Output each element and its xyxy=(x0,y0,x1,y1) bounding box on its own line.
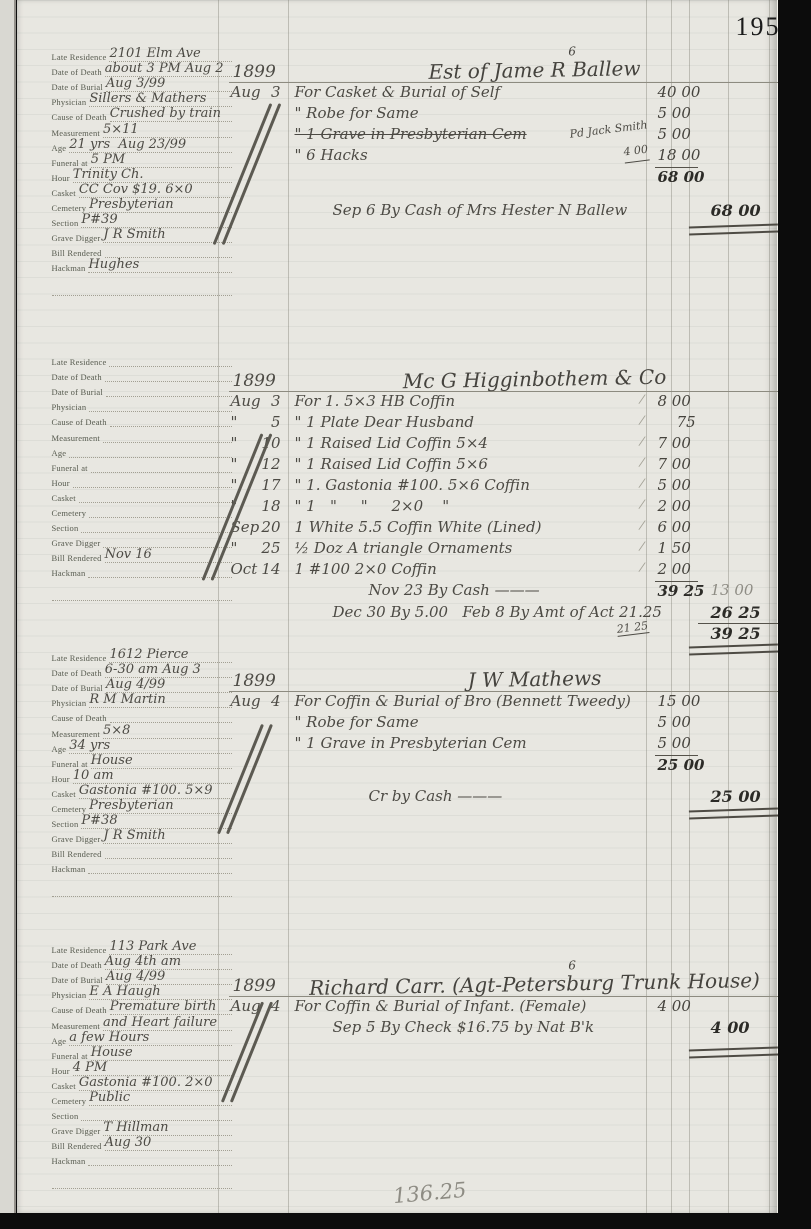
entry-date-day: 12 xyxy=(261,455,280,473)
entry-description-text: " Robe for Same xyxy=(295,713,419,731)
detail-value xyxy=(103,442,232,443)
detail-row: CasketGastonia #100. 5×9 xyxy=(52,784,232,799)
record-details: Late ResidenceDate of DeathDate of Buria… xyxy=(52,352,232,601)
detail-value-empty xyxy=(52,600,232,601)
detail-value: Premature birth xyxy=(110,1000,232,1015)
detail-row: Hackman xyxy=(52,1151,232,1166)
detail-value xyxy=(88,873,231,874)
detail-value: 5×8 xyxy=(103,724,232,739)
entry-description: Dec 30 By 5.00 Feb 8 By Amt of Act 21.25 xyxy=(289,603,655,621)
entry-description-text: " 1 Raised Lid Coffin 5×4 xyxy=(295,434,488,452)
detail-row: Cause of DeathCrushed by train xyxy=(52,107,232,122)
detail-value: and Heart failure xyxy=(103,1016,232,1031)
detail-row: CemeteryPresbyterian xyxy=(52,799,232,814)
entry-credit-amount: 68 00 xyxy=(698,201,778,220)
detail-row: Cause of Death xyxy=(52,708,232,723)
detail-row: CasketCC Cov $19. 6×0 xyxy=(52,183,232,198)
detail-row: Late Residence1612 Pierce xyxy=(52,648,232,663)
paid-slash-mark xyxy=(241,98,257,250)
detail-label: Hour xyxy=(52,1066,73,1076)
superscript-note: 6 xyxy=(568,44,576,58)
detail-value: Crushed by train xyxy=(110,107,232,122)
detail-row: Funeral at5 PM xyxy=(52,153,232,168)
paid-slash-mark xyxy=(241,998,257,1106)
detail-value xyxy=(106,396,232,397)
entry-credit-amount: 13 00 xyxy=(698,581,778,599)
entry-description: Nov 23 By Cash ——— xyxy=(289,581,655,599)
detail-row-empty xyxy=(52,1173,232,1188)
detail-value: Aug 30 xyxy=(105,1136,232,1151)
entry-description-text: Sep 6 By Cash of Mrs Hester N Ballew xyxy=(333,201,628,219)
entry-description: Cr by Cash ——— xyxy=(289,787,655,805)
detail-value xyxy=(91,472,232,473)
entry-description-text: 1 #100 2×0 Coffin xyxy=(295,560,437,578)
entry-row: 21 2539 25 xyxy=(229,623,778,645)
detail-label: Late Residence xyxy=(52,357,110,367)
entry-credit-amount: 26 25 xyxy=(698,603,778,622)
detail-row: Casket xyxy=(52,488,232,503)
entry-description-text: " 1 Raised Lid Coffin 5×6 xyxy=(295,455,488,473)
entry-row: " 6 Hacks4 0018 00 xyxy=(229,146,778,167)
detail-label: Physician xyxy=(52,97,90,107)
detail-row: PhysicianSillers & Mathers xyxy=(52,92,232,107)
entry-row: Sep201 White 5.5 Coffin White (Lined)6 0… xyxy=(229,518,778,539)
entry-date-month: Aug xyxy=(231,392,261,410)
detail-label: Late Residence xyxy=(52,52,110,62)
entry-description-text: For Coffin & Burial of Bro (Bennett Twee… xyxy=(295,692,631,710)
entry-description-text: For Coffin & Burial of Infant. (Female) xyxy=(295,997,587,1015)
record-details: Late Residence113 Park AveDate of DeathA… xyxy=(52,940,232,1189)
entry-description: " Robe for Same xyxy=(289,713,655,731)
detail-row: Date of BurialAug 4/99 xyxy=(52,970,232,985)
detail-value: Presbyterian xyxy=(89,198,231,213)
detail-row: Section xyxy=(52,518,232,533)
detail-value: 5×11 xyxy=(103,123,232,138)
detail-value: Trinity Ch. xyxy=(73,168,232,183)
detail-value: Aug 4/99 xyxy=(106,970,232,985)
detail-label: Casket xyxy=(52,1081,79,1091)
entry-debit-amount: 75/ xyxy=(655,413,698,431)
detail-value xyxy=(73,487,232,488)
entry-row: "25½ Doz A triangle Ornaments1 50/ xyxy=(229,539,778,560)
entry-debit-amount: 5 00 xyxy=(655,104,698,122)
footer-pencil-total: 136.25 xyxy=(392,1178,467,1208)
detail-label: Grave Digger xyxy=(52,1126,104,1136)
detail-row: Grave DiggerT Hillman xyxy=(52,1121,232,1136)
entry-row xyxy=(229,779,778,787)
detail-label: Funeral at xyxy=(52,463,91,473)
detail-row: Measurement xyxy=(52,427,232,442)
entry-date-month: Aug xyxy=(231,692,261,710)
detail-row: Agea few Hours xyxy=(52,1031,232,1046)
entry-row: Sep 6 By Cash of Mrs Hester N Ballew68 0… xyxy=(229,201,778,225)
detail-value xyxy=(89,411,231,412)
ledger-page: 195 136.25 Late Residence2101 Elm AveDat… xyxy=(17,0,779,1213)
account-name: Mc G Higginbothem & Co xyxy=(290,363,777,395)
detail-value: T Hillman xyxy=(103,1121,231,1136)
entry-description-text: " Robe for Same xyxy=(295,104,419,122)
detail-label: Casket xyxy=(52,188,79,198)
detail-row: Funeral atHouse xyxy=(52,1046,232,1061)
entry-description-text: Nov 23 By Cash ——— xyxy=(369,581,540,599)
entry-description: 1 #100 2×0 Coffin xyxy=(289,560,655,578)
entry-description-text: " 1 Plate Dear Husband xyxy=(295,413,475,431)
entry-debit-amount: 7 00/ xyxy=(655,434,698,452)
entry-date-day: 18 xyxy=(261,497,280,515)
detail-value: Gastonia #100. 5×9 xyxy=(79,784,232,799)
entry-row: " Robe for Same5 00 xyxy=(229,713,778,734)
entry-row: Aug4For Coffin & Burial of Infant. (Fema… xyxy=(229,997,778,1018)
account-year: 1899 xyxy=(229,671,291,691)
detail-value xyxy=(79,502,232,503)
detail-row: Hackman xyxy=(52,859,232,874)
entry-date-day: 20 xyxy=(261,518,280,536)
detail-label: Section xyxy=(52,218,82,228)
entry-date-day: 4 xyxy=(271,692,281,710)
detail-label: Physician xyxy=(52,990,90,1000)
detail-row: SectionP#39 xyxy=(52,213,232,228)
entry-row: " 1 Grave in Presbyterian Cem5 00 xyxy=(229,734,778,755)
paid-slash-mark xyxy=(239,720,255,838)
detail-row: Age xyxy=(52,443,232,458)
detail-row: Cause of DeathPremature birth xyxy=(52,1000,232,1015)
entry-description-text: " 1 Grave in Presbyterian Cem xyxy=(295,734,527,752)
entry-debit-amount: 5 00 xyxy=(655,734,698,752)
detail-row: PhysicianE A Haugh xyxy=(52,985,232,1000)
detail-label: Date of Death xyxy=(52,960,105,970)
detail-row: Cause of Death xyxy=(52,412,232,427)
entry-description-text: Dec 30 By 5.00 Feb 8 By Amt of Act 21.25 xyxy=(333,603,662,621)
record-details: Late Residence2101 Elm AveDate of Deatha… xyxy=(52,47,232,296)
entry-row: Dec 30 By 5.00 Feb 8 By Amt of Act 21.25… xyxy=(229,603,778,623)
detail-label: Age xyxy=(52,744,70,754)
detail-label: Physician xyxy=(52,402,90,412)
superscript-note: 6 xyxy=(568,958,576,972)
detail-row: HackmanHughes xyxy=(52,258,232,273)
account-year: 1899 xyxy=(229,371,291,391)
entry-row: 68 00 xyxy=(229,167,778,191)
book-edge-bottom xyxy=(0,1213,811,1229)
detail-value: Aug 4/99 xyxy=(106,678,232,693)
detail-value: House xyxy=(91,754,232,769)
detail-value: Aug 4th am xyxy=(105,955,232,970)
entry-description: For Casket & Burial of Self xyxy=(289,83,655,101)
detail-label: Hour xyxy=(52,774,73,784)
detail-row: Age34 yrs xyxy=(52,739,232,754)
detail-value: 1612 Pierce xyxy=(109,648,231,663)
entry-row: "5" 1 Plate Dear Husband 75/ xyxy=(229,413,778,434)
detail-label: Measurement xyxy=(52,433,103,443)
previous-page-sliver xyxy=(0,0,16,1213)
detail-value: about 3 PM Aug 2 xyxy=(105,62,232,77)
book-edge-right xyxy=(778,0,811,1229)
account-name: Richard Carr. (Agt-Petersburg Trunk Hous… xyxy=(290,968,777,1000)
entry-description-text: 1 White 5.5 Coffin White (Lined) xyxy=(295,518,542,536)
detail-row: Bill Rendered xyxy=(52,844,232,859)
detail-row: Grave DiggerJ R Smith xyxy=(52,228,232,243)
detail-row: PhysicianR M Martin xyxy=(52,693,232,708)
entry-row: Aug3For Casket & Burial of Self40 00 xyxy=(229,83,778,104)
entry-debit-amount: 7 00/ xyxy=(655,455,698,473)
entry-description: " Robe for Same xyxy=(289,104,655,122)
detail-value: 6-30 am Aug 3 xyxy=(105,663,232,678)
account-heading: 1899J W Mathews xyxy=(229,661,778,692)
detail-row: Measurement5×11 xyxy=(52,122,232,137)
detail-value xyxy=(88,1165,231,1166)
detail-row: Age21 yrs Aug 23/99 xyxy=(52,138,232,153)
detail-row: Grave Digger xyxy=(52,533,232,548)
entry-debit-amount: 40 00 xyxy=(655,83,698,101)
detail-value: 5 PM xyxy=(91,153,232,168)
entry-debit-amount: 25 00 xyxy=(655,755,698,774)
detail-value: 4 PM xyxy=(73,1061,232,1076)
detail-label: Date of Death xyxy=(52,372,105,382)
account-year: 1899 xyxy=(229,62,291,82)
detail-label: Casket xyxy=(52,789,79,799)
detail-value-empty xyxy=(52,896,232,897)
detail-label: Bill Rendered xyxy=(52,553,105,563)
detail-value xyxy=(69,457,231,458)
entry-debit-amount: 5 00 xyxy=(655,125,698,143)
detail-row: Late Residence113 Park Ave xyxy=(52,940,232,955)
entry-description-text: " 1 " " 2×0 " xyxy=(295,497,450,515)
detail-row: Bill RenderedNov 16 xyxy=(52,548,232,563)
entry-description: " 1 " " 2×0 " xyxy=(289,497,655,515)
entry-date: Aug3 xyxy=(229,83,289,101)
detail-value: House xyxy=(91,1046,232,1061)
detail-row: Date of Death xyxy=(52,367,232,382)
entry-date: Aug4 xyxy=(229,692,289,710)
detail-label: Late Residence xyxy=(52,653,110,663)
account-name: J W Mathews xyxy=(290,663,777,695)
detail-label: Hackman xyxy=(52,864,89,874)
entry-description-text: " 1. Gastonia #100. 5×6 Coffin xyxy=(295,476,530,494)
entry-description: " 1 Raised Lid Coffin 5×6 xyxy=(289,455,655,473)
detail-row: Date of Burial xyxy=(52,382,232,397)
paid-double-underline xyxy=(688,807,777,819)
detail-row: Physician xyxy=(52,397,232,412)
detail-label: Bill Rendered xyxy=(52,1141,105,1151)
entry-row xyxy=(229,809,778,830)
entry-debit-amount: 39 25 xyxy=(655,581,698,600)
entry-description-text: Cr by Cash ——— xyxy=(369,787,503,805)
detail-label: Section xyxy=(52,819,82,829)
entry-row: Aug3For 1. 5×3 HB Coffin8 00/ xyxy=(229,392,778,413)
detail-label: Cause of Death xyxy=(52,417,110,427)
detail-value: Hughes xyxy=(88,258,231,273)
detail-row: Date of BurialAug 3/99 xyxy=(52,77,232,92)
detail-label: Cemetery xyxy=(52,1096,90,1106)
detail-label: Date of Death xyxy=(52,668,105,678)
detail-label: Grave Digger xyxy=(52,834,104,844)
entry-credit-amount: 39 25 xyxy=(698,623,778,643)
entry-debit-amount: 8 00/ xyxy=(655,392,698,410)
entry-debit-amount: 15 00 xyxy=(655,692,698,710)
entry-row: "10" 1 Raised Lid Coffin 5×47 00/ xyxy=(229,434,778,455)
entry-description: 1 White 5.5 Coffin White (Lined) xyxy=(289,518,655,536)
entry-description: Sep 6 By Cash of Mrs Hester N Ballew xyxy=(289,201,655,219)
entry-description-text: ½ Doz A triangle Ornaments xyxy=(295,539,513,557)
entry-row: Cr by Cash ———25 00 xyxy=(229,787,778,809)
detail-label: Casket xyxy=(52,493,79,503)
detail-label: Hackman xyxy=(52,1156,89,1166)
detail-label: Hackman xyxy=(52,568,89,578)
detail-label: Section xyxy=(52,523,82,533)
detail-value: Aug 3/99 xyxy=(106,77,232,92)
detail-row: Late Residence2101 Elm Ave xyxy=(52,47,232,62)
detail-label: Grave Digger xyxy=(52,233,104,243)
detail-value: J R Smith xyxy=(103,829,231,844)
entry-description: " 1 Raised Lid Coffin 5×4 xyxy=(289,434,655,452)
entry-description: For Coffin & Burial of Bro (Bennett Twee… xyxy=(289,692,655,710)
detail-value: E A Haugh xyxy=(89,985,231,1000)
scanned-ledger-photo: 195 136.25 Late Residence2101 Elm AveDat… xyxy=(0,0,811,1229)
entry-debit-amount: 18 00 xyxy=(655,146,698,164)
detail-value xyxy=(105,858,232,859)
account-section: 1899J W MathewsAug4For Coffin & Burial o… xyxy=(229,661,778,830)
detail-value: R M Martin xyxy=(89,693,231,708)
entry-description-text: For 1. 5×3 HB Coffin xyxy=(295,392,456,410)
entry-description-text: " 6 Hacks xyxy=(295,146,368,164)
detail-row: Bill RenderedAug 30 xyxy=(52,1136,232,1151)
entry-debit-amount: 6 00/ xyxy=(655,518,698,536)
detail-label: Hour xyxy=(52,478,73,488)
entry-description-text: " 1 Grave in Presbyterian Cem xyxy=(295,125,527,143)
detail-row-empty xyxy=(52,585,232,600)
detail-label: Hour xyxy=(52,173,73,183)
detail-row: Measurementand Heart failure xyxy=(52,1015,232,1030)
account-heading: 1899Richard Carr. (Agt-Petersburg Trunk … xyxy=(229,966,778,997)
entry-date-day: 4 xyxy=(271,997,281,1015)
entry-date-day: 14 xyxy=(261,560,280,578)
detail-row: Date of DeathAug 4th am xyxy=(52,955,232,970)
detail-row: HourTrinity Ch. xyxy=(52,168,232,183)
entry-description: " 1 Grave in Presbyterian Cem xyxy=(289,734,655,752)
detail-row: Date of Deathabout 3 PM Aug 2 xyxy=(52,62,232,77)
entry-row xyxy=(229,225,778,246)
detail-value: 113 Park Ave xyxy=(109,940,231,955)
entry-row: 25 00 xyxy=(229,755,778,779)
detail-row: Funeral atHouse xyxy=(52,754,232,769)
entry-description: For 1. 5×3 HB Coffin xyxy=(289,392,655,410)
detail-value: 21 yrs Aug 23/99 xyxy=(69,138,231,153)
entry-description: Sep 5 By Check $16.75 by Nat B'k xyxy=(289,1018,655,1036)
entry-description: For Coffin & Burial of Infant. (Female) xyxy=(289,997,655,1015)
detail-row-empty xyxy=(52,881,232,896)
entry-credit-amount: 4 00 xyxy=(698,1018,778,1037)
entry-row: " 1 Grave in Presbyterian CemPd Jack Smi… xyxy=(229,125,778,146)
account-section: 1899Richard Carr. (Agt-Petersburg Trunk … xyxy=(229,966,778,1069)
detail-label: Late Residence xyxy=(52,945,110,955)
detail-value xyxy=(81,532,231,533)
paid-double-underline xyxy=(688,643,777,655)
entry-annotation: 4 00 xyxy=(623,143,650,164)
paid-double-underline xyxy=(688,223,777,235)
entry-date-day: 3 xyxy=(271,83,281,101)
detail-label: Section xyxy=(52,1111,82,1121)
detail-label: Age xyxy=(52,143,70,153)
account-section: 1899Mc G Higginbothem & CoAug3For 1. 5×3… xyxy=(229,361,778,666)
detail-row: CemeteryPublic xyxy=(52,1091,232,1106)
entry-credit-amount: 25 00 xyxy=(698,787,778,806)
account-heading: 1899Est of Jame R Ballew6 xyxy=(229,52,778,83)
entry-row: Sep 5 By Check $16.75 by Nat B'k4 00 xyxy=(229,1018,778,1042)
entry-date-day: 25 xyxy=(261,539,280,557)
detail-label: Hackman xyxy=(52,263,89,273)
entry-debit-amount: 68 00 xyxy=(655,167,698,186)
detail-label: Bill Rendered xyxy=(52,849,105,859)
detail-value: P#38 xyxy=(81,814,231,829)
entry-description: " 1. Gastonia #100. 5×6 Coffin xyxy=(289,476,655,494)
detail-label: Cemetery xyxy=(52,508,90,518)
entry-description: " 6 Hacks4 00 xyxy=(289,146,655,164)
entry-debit-amount: 4 00 xyxy=(655,997,698,1015)
detail-row-empty xyxy=(52,280,232,295)
detail-row: SectionP#38 xyxy=(52,814,232,829)
detail-label: Age xyxy=(52,448,70,458)
detail-value: CC Cov $19. 6×0 xyxy=(79,183,232,198)
detail-row: CemeteryPresbyterian xyxy=(52,198,232,213)
entry-row: Nov 23 By Cash ———39 2513 00 xyxy=(229,581,778,603)
entry-row xyxy=(229,191,778,201)
record-details: Late Residence1612 PierceDate of Death6-… xyxy=(52,648,232,897)
paid-double-underline xyxy=(688,1046,777,1058)
detail-row: Bill Rendered xyxy=(52,243,232,258)
detail-value: 34 yrs xyxy=(69,739,231,754)
entry-description: " 1 Plate Dear Husband xyxy=(289,413,655,431)
detail-row: Funeral at xyxy=(52,458,232,473)
detail-label: Cause of Death xyxy=(52,1005,110,1015)
detail-row: Hour xyxy=(52,473,232,488)
entry-description: " 1 Grave in Presbyterian CemPd Jack Smi… xyxy=(289,125,655,143)
entry-debit-amount: 5 00 xyxy=(655,713,698,731)
entry-annotation: 21 25 xyxy=(616,619,649,637)
detail-row: Late Residence xyxy=(52,352,232,367)
detail-value: a few Hours xyxy=(69,1031,231,1046)
entry-description: ½ Doz A triangle Ornaments xyxy=(289,539,655,557)
entry-row xyxy=(229,1048,778,1069)
entry-date-day: 17 xyxy=(261,476,280,494)
detail-label: Physician xyxy=(52,698,90,708)
detail-value: Gastonia #100. 2×0 xyxy=(79,1076,232,1091)
entry-row: " Robe for Same5 00 xyxy=(229,104,778,125)
detail-label: Grave Digger xyxy=(52,538,104,548)
entry-row: Oct141 #100 2×0 Coffin2 00/ xyxy=(229,560,778,581)
page-number: 195 xyxy=(736,12,781,42)
entry-date-day: 5 xyxy=(271,413,281,431)
detail-value: Presbyterian xyxy=(89,799,231,814)
detail-row: Hour4 PM xyxy=(52,1061,232,1076)
detail-value-empty xyxy=(52,295,232,296)
detail-row: Cemetery xyxy=(52,503,232,518)
detail-row: Date of Death6-30 am Aug 3 xyxy=(52,663,232,678)
entry-debit-amount: 2 00/ xyxy=(655,497,698,515)
entry-description-text: Sep 5 By Check $16.75 by Nat B'k xyxy=(333,1018,595,1036)
entry-description-text: For Casket & Burial of Self xyxy=(295,83,501,101)
detail-value: P#39 xyxy=(81,213,231,228)
entry-description: 21 25 xyxy=(289,623,655,637)
detail-row: Grave DiggerJ R Smith xyxy=(52,829,232,844)
detail-value: Sillers & Mathers xyxy=(89,92,231,107)
entry-debit-amount: 1 50/ xyxy=(655,539,698,557)
entry-date-day: 3 xyxy=(271,392,281,410)
detail-value-empty xyxy=(52,1188,232,1189)
entry-row: Aug4For Coffin & Burial of Bro (Bennett … xyxy=(229,692,778,713)
account-section: 1899Est of Jame R Ballew6Aug3For Casket … xyxy=(229,52,778,246)
detail-value: 2101 Elm Ave xyxy=(109,47,231,62)
detail-row: Hour10 am xyxy=(52,769,232,784)
entry-date: Aug3 xyxy=(229,392,289,410)
